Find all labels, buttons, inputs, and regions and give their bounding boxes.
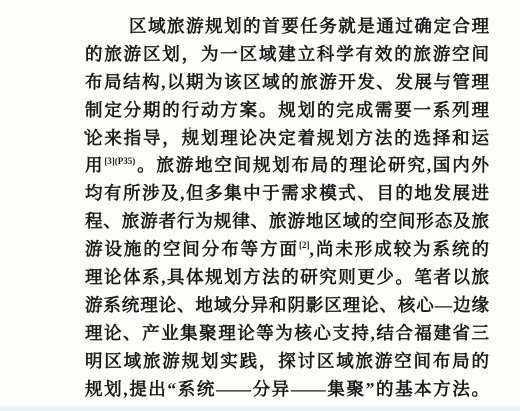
text-line: 明区域旅游规划实践，探讨区域旅游空间布局的 — [85, 348, 489, 376]
text-line: 用[3](P35)。旅游地空间规划布局的理论研究,国内外 — [85, 152, 489, 180]
text-line: 规划,提出“系统——分异——集聚”的基本方法。 — [85, 376, 489, 404]
text-line: 论来指导，规划理论决定着规划方法的选择和运 — [85, 125, 489, 153]
text-segment: 。旅游地空间规划布局的理论研究,国内外 — [135, 155, 489, 175]
text-line: 布局结构,以期为该区域的旅游开发、发展与管理 — [85, 69, 489, 97]
text-segment: 用 — [85, 155, 104, 175]
text-segment: ,尚未形成较为系统的 — [310, 239, 489, 259]
citation-superscript: [2] — [299, 240, 310, 250]
text-line: 游系统理论、地域分异和阴影区理论、核心—边缘 — [85, 292, 489, 320]
text-segment: 游设施的空间分布等方面 — [85, 239, 299, 259]
text-line: 游设施的空间分布等方面[2],尚未形成较为系统的 — [85, 236, 489, 264]
text-line: 程、旅游者行为规律、旅游地区域的空间形态及旅 — [85, 208, 489, 236]
text-line: 的旅游区划，为一区域建立科学有效的旅游空间 — [85, 41, 489, 69]
text-line: 制定分期的行动方案。规划的完成需要一系列理 — [85, 97, 489, 125]
text-line: 理论体系,具体规划方法的研究则更少。笔者以旅 — [85, 264, 489, 292]
text-line: 均有所涉及,但多集中于需求模式、目的地发展进 — [85, 180, 489, 208]
scan-edge-strip — [0, 405, 520, 411]
citation-superscript: [3](P35) — [104, 157, 135, 167]
text-line: 理论、产业集聚理论等为核心支持,结合福建省三 — [85, 320, 489, 348]
text-line: 区域旅游规划的首要任务就是通过确定合理 — [85, 13, 489, 41]
scanned-page: 区域旅游规划的首要任务就是通过确定合理 的旅游区划，为一区域建立科学有效的旅游空… — [0, 0, 520, 411]
abstract-paragraph: 区域旅游规划的首要任务就是通过确定合理 的旅游区划，为一区域建立科学有效的旅游空… — [85, 13, 489, 403]
